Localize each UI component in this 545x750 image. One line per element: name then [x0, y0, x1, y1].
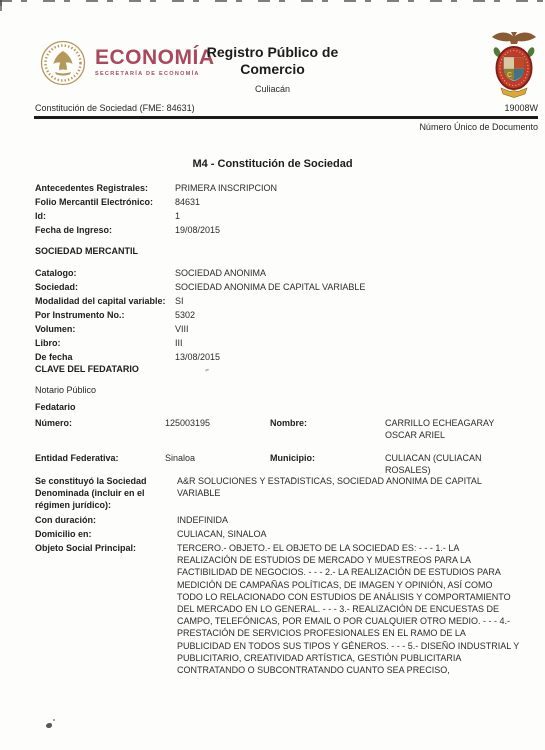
field-label: Se constituyó la Sociedad Denominada (in…	[35, 475, 177, 512]
heading-fedatario: Fedatario	[35, 402, 537, 412]
field-row: Modalidad del capital variable: SI	[35, 294, 537, 308]
field-value: VIII	[175, 322, 537, 336]
unique-number-caption: Número Único de Documento	[419, 122, 538, 132]
field-value: III	[175, 336, 537, 350]
field-label: Id:	[35, 209, 175, 223]
field-label: Número:	[35, 417, 165, 441]
registry-title-line2: Comercio	[135, 61, 410, 78]
field-label: Volumen:	[35, 322, 175, 336]
field-value: SOCIEDAD ANONIMA	[175, 266, 537, 280]
field-label: Fecha de Ingreso:	[35, 223, 175, 237]
registry-office: Culiacán	[135, 84, 410, 94]
field-value: PRIMERA INSCRIPCION	[175, 181, 537, 195]
section-fedatario: Número: 125003195 Nombre: CARRILLO ECHEA…	[35, 417, 537, 476]
field-row: Antecedentes Registrales: PRIMERA INSCRI…	[35, 181, 537, 195]
field-row: Por Instrumento No.: 5302	[35, 308, 537, 322]
field-label: Entidad Federativa:	[35, 452, 165, 476]
field-label: Municipio:	[270, 452, 385, 476]
field-row: Objeto Social Principal: TERCERO.- OBJET…	[35, 542, 520, 676]
field-row: Se constituyó la Sociedad Denominada (in…	[35, 475, 520, 512]
field-row: Sociedad: SOCIEDAD ANONIMA DE CAPITAL VA…	[35, 280, 537, 294]
fedatario-row: Número: 125003195 Nombre: CARRILLO ECHEA…	[35, 417, 537, 441]
field-row: Libro: III	[35, 336, 537, 350]
scanned-document-page: ECONOMÍA SECRETARÍA DE ECONOMÍA Registro…	[0, 0, 545, 750]
section-antecedentes: Antecedentes Registrales: PRIMERA INSCRI…	[35, 181, 537, 237]
heading-sociedad-mercantil: SOCIEDAD MERCANTIL	[35, 246, 537, 256]
field-row: Domicilio en: CULIACAN, SINALOA	[35, 528, 520, 540]
objeto-social-paragraph: TERCERO.- OBJETO.- EL OBJETO DE LA SOCIE…	[177, 542, 520, 676]
field-value: A&R SOLUCIONES Y ESTADISTICAS, SOCIEDAD …	[177, 475, 520, 512]
field-label: Sociedad:	[35, 280, 175, 294]
field-row: Id: 1	[35, 209, 537, 223]
notario-publico-line: Notario Público	[35, 385, 537, 395]
section-constitucion: Se constituyó la Sociedad Denominada (in…	[35, 475, 520, 678]
field-row: Catalogo: SOCIEDAD ANONIMA	[35, 266, 537, 280]
ink-speck	[53, 719, 55, 721]
ink-speck	[46, 723, 52, 728]
form-title: M4 - Constitución de Sociedad	[0, 158, 545, 170]
mexican-eagle-seal-icon	[40, 40, 86, 91]
field-value: 5302	[175, 308, 537, 322]
field-value: Sinaloa	[165, 452, 270, 476]
field-row: De fecha 13/08/2015	[35, 350, 537, 364]
registry-title-line1: Registro Público de	[135, 44, 410, 61]
field-value: 19/08/2015	[175, 223, 537, 237]
field-value: 84631	[175, 195, 537, 209]
field-label: Nombre:	[270, 417, 385, 441]
header-rule	[34, 116, 538, 119]
field-row: Folio Mercantil Electrónico: 84631	[35, 195, 537, 209]
field-label: Con duración:	[35, 514, 177, 526]
field-value: 125003195	[165, 417, 270, 441]
field-value: 13/08/2015	[175, 350, 537, 364]
field-label: Libro:	[35, 336, 175, 350]
field-label: Domicilio en:	[35, 528, 177, 540]
field-value: SI	[175, 294, 537, 308]
scan-edge-artifact	[0, 0, 545, 2]
field-row: Fecha de Ingreso: 19/08/2015	[35, 223, 537, 237]
field-row: Con duración: INDEFINIDA	[35, 514, 520, 526]
field-row: Volumen: VIII	[35, 322, 537, 336]
section-sociedad-mercantil: Catalogo: SOCIEDAD ANONIMA Sociedad: SOC…	[35, 266, 537, 364]
field-label: De fecha	[35, 350, 175, 364]
svg-text:C: C	[507, 72, 512, 79]
field-label: Catalogo:	[35, 266, 175, 280]
field-label: Objeto Social Principal:	[35, 542, 177, 676]
field-label: Antecedentes Registrales:	[35, 181, 175, 195]
field-value: INDEFINIDA	[177, 514, 520, 526]
document-type-line: Constitución de Sociedad (FME: 84631)	[35, 103, 195, 113]
scan-edge-tick	[0, 0, 2, 6]
field-value: 1	[175, 209, 537, 223]
heading-clave-fedatario: CLAVE DEL FEDATARIO	[35, 364, 537, 374]
field-value: CULIACAN (CULIACAN ROSALES)	[385, 452, 503, 476]
field-label: Por Instrumento No.:	[35, 308, 175, 322]
document-unique-number: 19008W	[504, 103, 538, 113]
document-reference-row: Constitución de Sociedad (FME: 84631) 19…	[35, 103, 538, 113]
field-value: CARRILLO ECHEAGARAY OSCAR ARIEL	[385, 417, 503, 441]
registry-title: Registro Público de Comercio	[135, 44, 410, 78]
field-label: Modalidad del capital variable:	[35, 294, 175, 308]
fedatario-row: Entidad Federativa: Sinaloa Municipio: C…	[35, 452, 537, 476]
field-value: CULIACAN, SINALOA	[177, 528, 520, 540]
field-label: Folio Mercantil Electrónico:	[35, 195, 175, 209]
field-value: SOCIEDAD ANONIMA DE CAPITAL VARIABLE	[175, 280, 537, 294]
